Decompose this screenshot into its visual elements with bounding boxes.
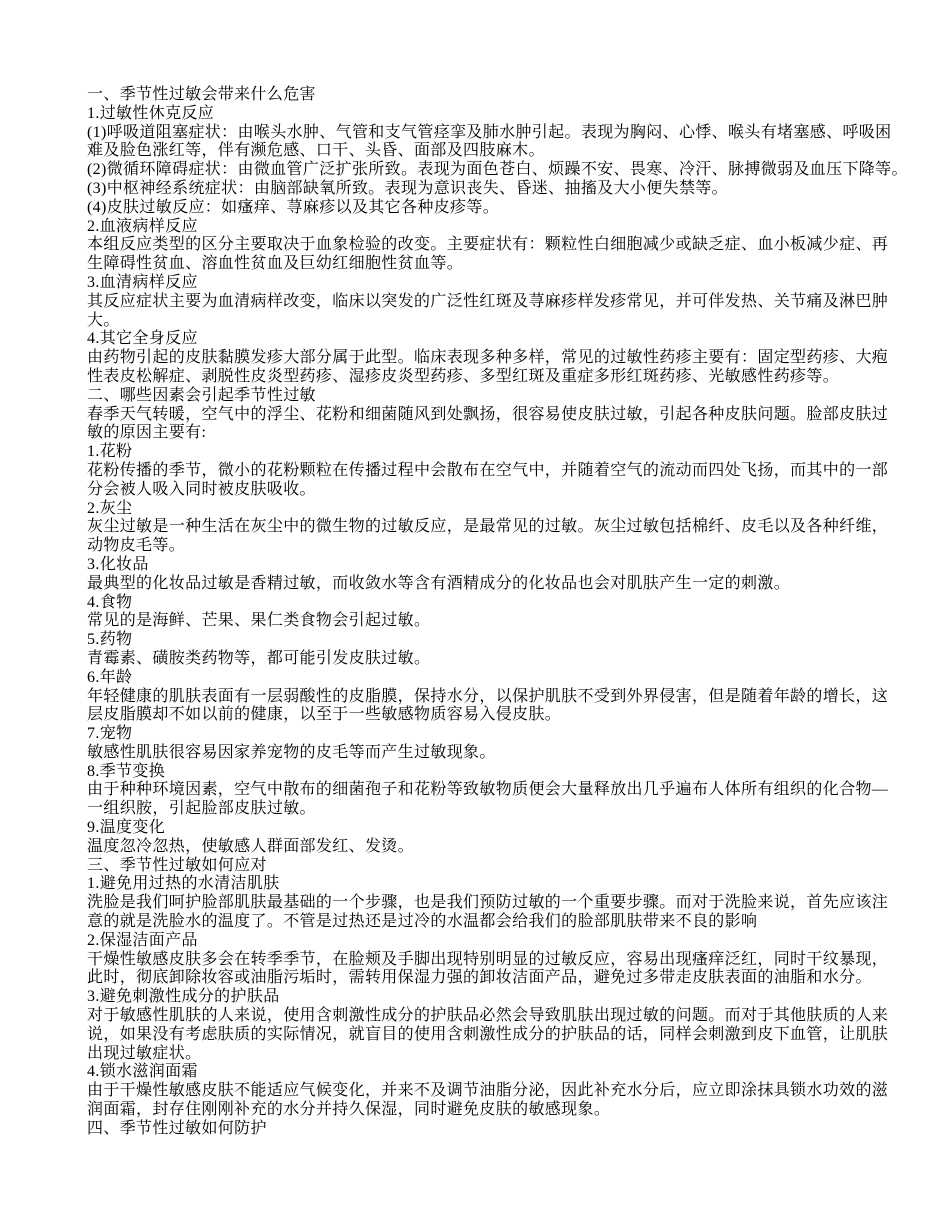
text-line: 由于种种环境因素，空气中散布的细菌孢子和花粉等致敏物质便会大量释放出几乎遍布人体…	[87, 781, 932, 800]
text-line: 灰尘过敏是一种生活在灰尘中的微生物的过敏反应，是最常见的过敏。灰尘过敏包括棉纤、…	[87, 518, 932, 537]
text-line: (3)中枢神经系统症状：由脑部缺氧所致。表现为意识丧失、昏迷、抽搐及大小便失禁等…	[87, 180, 932, 199]
text-line: 说，如果没有考虑肤质的实际情况，就盲目的使用含刺激性成分的护肤品的话，同样会刺激…	[87, 1026, 932, 1045]
text-line: 2.灰尘	[87, 500, 932, 519]
text-line: 3.化妆品	[87, 556, 932, 575]
text-line: (1)呼吸道阻塞症状：由喉头水肿、气管和支气管痉挛及肺水肿引起。表现为胸闷、心悸…	[87, 124, 932, 143]
text-line: 难及脸色涨红等，伴有濒危感、口干、头昏、面部及四肢麻木。	[87, 142, 932, 161]
text-line: 1.过敏性休克反应	[87, 105, 932, 124]
document-body: 一、季节性过敏会带来什么危害1.过敏性休克反应(1)呼吸道阻塞症状：由喉头水肿、…	[87, 86, 932, 1139]
text-line: 4.食物	[87, 594, 932, 613]
text-line: 常见的是海鲜、芒果、果仁类食物会引起过敏。	[87, 612, 932, 631]
text-line: 春季天气转暖，空气中的浮尘、花粉和细菌随风到处飘扬，很容易使皮肤过敏，引起各种皮…	[87, 406, 932, 425]
text-line: 层皮脂膜却不如以前的健康，以至于一些敏感物质容易入侵皮肤。	[87, 706, 932, 725]
text-line: 生障碍性贫血、溶血性贫血及巨幼红细胞性贫血等。	[87, 255, 932, 274]
text-line: 敏的原因主要有:	[87, 424, 932, 443]
text-line: 9.温度变化	[87, 819, 932, 838]
text-line: 8.季节变换	[87, 763, 932, 782]
text-line: 敏感性肌肤很容易因家养宠物的皮毛等而产生过敏现象。	[87, 744, 932, 763]
text-line: (4)皮肤过敏反应：如瘙痒、荨麻疹以及其它各种皮疹等。	[87, 199, 932, 218]
text-line: 一组织胺，引起脸部皮肤过敏。	[87, 800, 932, 819]
text-line: 2.保湿洁面产品	[87, 932, 932, 951]
text-line: 洗脸是我们呵护脸部肌肤最基础的一个步骤，也是我们预防过敏的一个重要步骤。而对于洗…	[87, 894, 932, 913]
text-line: 出现过敏症状。	[87, 1045, 932, 1064]
text-line: 四、季节性过敏如何防护	[87, 1120, 932, 1139]
text-line: 3.避免刺激性成分的护肤品	[87, 988, 932, 1007]
text-line: 意的就是洗脸水的温度了。不管是过热还是过冷的水温都会给我们的脸部肌肤带来不良的影…	[87, 913, 932, 932]
text-line: 4.锁水滋润面霜	[87, 1063, 932, 1082]
text-line: 6.年龄	[87, 669, 932, 688]
text-line: 2.血液病样反应	[87, 218, 932, 237]
text-line: 三、季节性过敏如何应对	[87, 857, 932, 876]
text-line: 分会被人吸入同时被皮肤吸收。	[87, 481, 932, 500]
text-line: 二、哪些因素会引起季节性过敏	[87, 387, 932, 406]
text-line: 由药物引起的皮肤黏膜发疹大部分属于此型。临床表现多种多样，常见的过敏性药疹主要有…	[87, 349, 932, 368]
text-line: 干燥性敏感皮肤多会在转季季节，在脸颊及手脚出现特别明显的过敏反应，容易出现瘙痒泛…	[87, 951, 932, 970]
text-line: 其反应症状主要为血清病样改变，临床以突发的广泛性红斑及荨麻疹样发疹常见，并可伴发…	[87, 293, 932, 312]
page: { "page": { "width": 950, "height": 1230…	[0, 0, 950, 1230]
text-line: 7.宠物	[87, 725, 932, 744]
text-line: 4.其它全身反应	[87, 330, 932, 349]
text-line: 花粉传播的季节，微小的花粉颗粒在传播过程中会散布在空气中，并随着空气的流动而四处…	[87, 462, 932, 481]
text-line: 年轻健康的肌肤表面有一层弱酸性的皮脂膜，保持水分，以保护肌肤不受到外界侵害，但是…	[87, 688, 932, 707]
text-line: 3.血清病样反应	[87, 274, 932, 293]
text-line: 此时，彻底卸除妆容或油脂污垢时，需转用保湿力强的卸妆洁面产品，避免过多带走皮肤表…	[87, 969, 932, 988]
text-line: 动物皮毛等。	[87, 537, 932, 556]
text-line: 性表皮松解症、剥脱性皮炎型药疹、湿疹皮炎型药疹、多型红斑及重症多形红斑药疹、光敏…	[87, 368, 932, 387]
text-line: 本组反应类型的区分主要取决于血象检验的改变。主要症状有：颗粒性白细胞减少或缺乏症…	[87, 236, 932, 255]
text-line: 由于干燥性敏感皮肤不能适应气候变化，并来不及调节油脂分泌，因此补充水分后，应立即…	[87, 1082, 932, 1101]
text-line: (2)微循环障碍症状：由微血管广泛扩张所致。表现为面色苍白、烦躁不安、畏寒、冷汗…	[87, 161, 932, 180]
text-line: 1.避免用过热的水清洁肌肤	[87, 875, 932, 894]
text-line: 青霉素、磺胺类药物等，都可能引发皮肤过敏。	[87, 650, 932, 669]
text-line: 一、季节性过敏会带来什么危害	[87, 86, 932, 105]
text-line: 1.花粉	[87, 443, 932, 462]
text-line: 5.药物	[87, 631, 932, 650]
text-line: 温度忽冷忽热，使敏感人群面部发红、发烫。	[87, 838, 932, 857]
text-line: 润面霜，封存住刚刚补充的水分并持久保湿，同时避免皮肤的敏感现象。	[87, 1101, 932, 1120]
text-line: 大。	[87, 312, 932, 331]
text-line: 最典型的化妆品过敏是香精过敏，而收敛水等含有酒精成分的化妆品也会对肌肤产生一定的…	[87, 575, 932, 594]
text-line: 对于敏感性肌肤的人来说，使用含刺激性成分的护肤品必然会导致肌肤出现过敏的问题。而…	[87, 1007, 932, 1026]
